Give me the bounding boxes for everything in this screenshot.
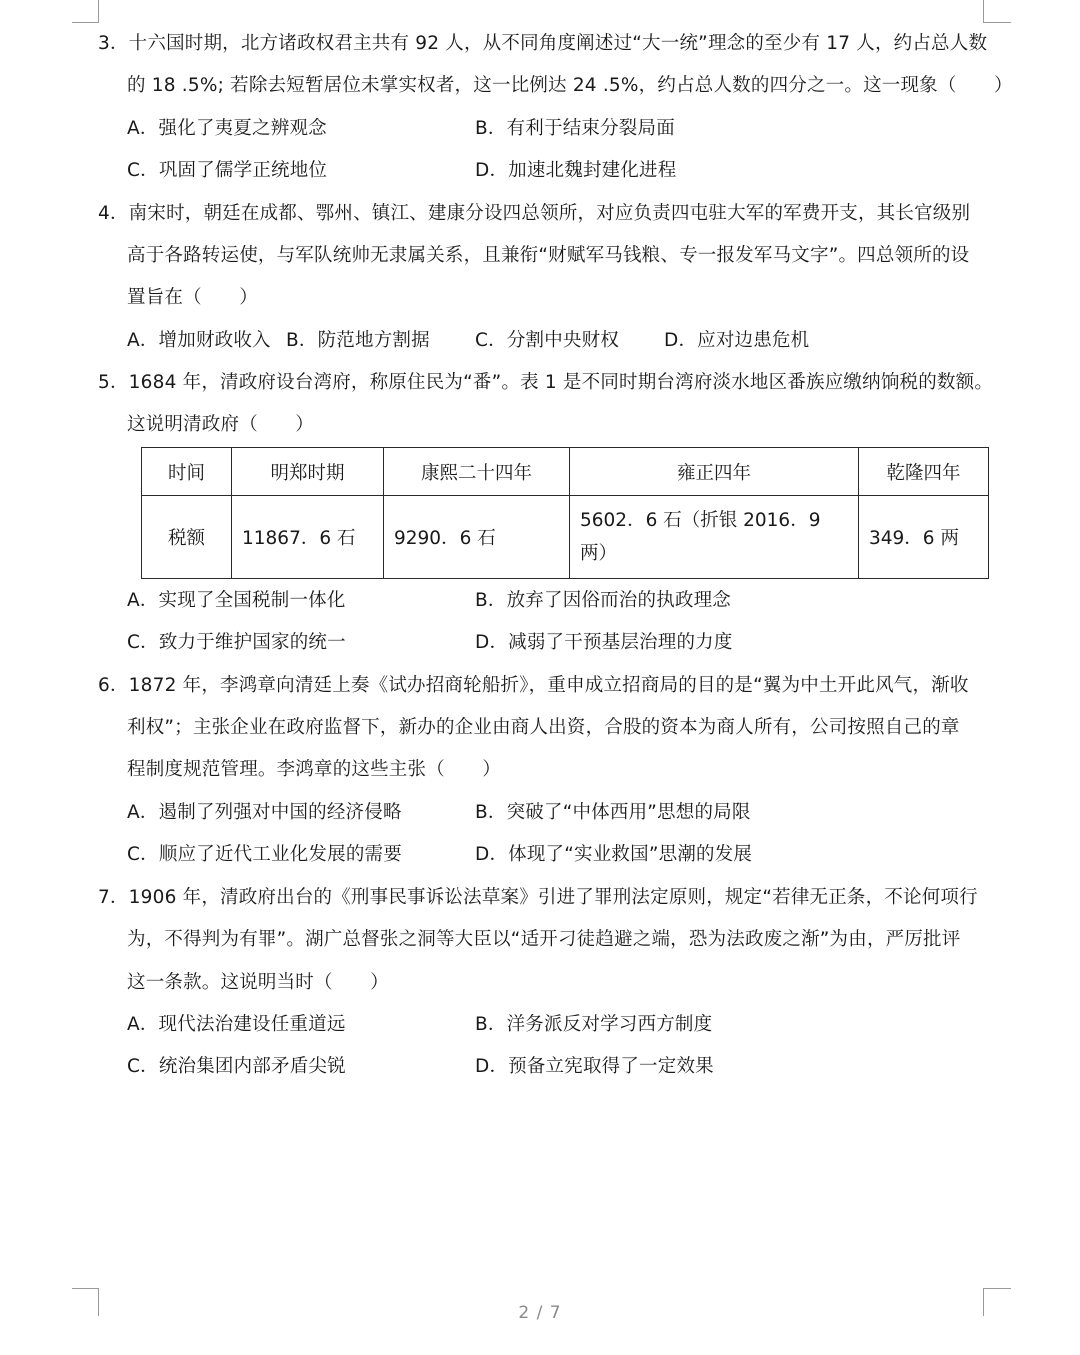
question-6-option-c: C．顺应了近代工业化发展的需要	[127, 843, 402, 867]
question-4-option-c: C．分割中央财权	[475, 329, 619, 353]
question-4-stem-line-1: 4．南宋时，朝廷在成都、鄂州、镇江、建康分设四总领所，对应负责四屯驻大军的军费开…	[98, 202, 970, 226]
question-6-stem-line-3: 程制度规范管理。李鸿章的这些主张（ ）	[127, 758, 501, 782]
tax-table-header-cell: 乾隆四年	[859, 448, 989, 496]
question-7-stem-line-2: 为，不得判为有罪”。湖广总督张之洞等大臣以“适开刁徒趋避之端，恐为法政废之渐”为…	[127, 928, 960, 952]
tax-table-header-row: 时间 明郑时期 康熙二十四年 雍正四年 乾隆四年	[142, 448, 989, 496]
question-6-stem-line-2: 利权”；主张企业在政府监督下，新办的企业由商人出资，合股的资本为商人所有，公司按…	[127, 716, 960, 740]
question-7-option-d: D．预备立宪取得了一定效果	[475, 1055, 714, 1079]
question-4-stem-line-2: 高于各路转运使，与军队统帅无隶属关系，且兼衔“财赋军马钱粮、专一报发军马文字”。…	[127, 244, 969, 268]
tax-table: 时间 明郑时期 康熙二十四年 雍正四年 乾隆四年 税额 11867．6 石 92…	[141, 447, 989, 579]
tax-table-cell: 11867．6 石	[232, 496, 384, 579]
question-7-option-a: A．现代法治建设任重道远	[127, 1013, 346, 1037]
question-6-stem-line-1: 6．1872 年，李鸿章向清廷上奏《试办招商轮船折》，重申成立招商局的目的是“翼…	[98, 674, 969, 698]
question-5-option-a: A．实现了全国税制一体化	[127, 589, 346, 613]
tax-table-header-cell: 雍正四年	[570, 448, 859, 496]
question-6-option-a: A．遏制了列强对中国的经济侵略	[127, 801, 402, 825]
question-3-stem-line-1: 3．十六国时期，北方诸政权君主共有 92 人，从不同角度阐述过“大一统”理念的至…	[98, 32, 987, 56]
question-6-option-d: D．体现了“实业救国”思潮的发展	[475, 843, 752, 867]
question-5-stem-line-1: 5．1684 年，清政府设台湾府，称原住民为“番”。表 1 是不同时期台湾府淡水…	[98, 371, 993, 395]
question-3-option-b: B．有利于结束分裂局面	[475, 117, 675, 141]
tax-table-cell: 5602．6 石（折银 2016．9 两）	[570, 496, 859, 579]
question-3-option-c: C．巩固了儒学正统地位	[127, 159, 327, 183]
tax-table-header-cell: 时间	[142, 448, 232, 496]
question-7-stem-line-3: 这一条款。这说明当时（ ）	[127, 971, 389, 995]
question-6-option-b: B．突破了“中体西用”思想的局限	[475, 801, 751, 825]
question-4-option-b: B．防范地方割据	[286, 329, 430, 353]
question-5-option-c: C．致力于维护国家的统一	[127, 631, 346, 655]
tax-table-cell: 税额	[142, 496, 232, 579]
tax-table-cell: 349．6 两	[859, 496, 989, 579]
question-3-stem-line-2: 的 18 .5%; 若除去短暂居位未掌实权者，这一比例达 24 .5%，约占总人…	[127, 74, 1013, 98]
question-5-stem-line-2: 这说明清政府（ ）	[127, 413, 314, 437]
question-4-option-a: A．增加财政收入	[127, 329, 271, 353]
tax-table-row: 税额 11867．6 石 9290．6 石 5602．6 石（折银 2016．9…	[142, 496, 989, 579]
question-3-option-d: D．加速北魏封建化进程	[475, 159, 676, 183]
question-5-option-b: B．放弃了因俗而治的执政理念	[475, 589, 731, 613]
tax-table-header-cell: 明郑时期	[232, 448, 384, 496]
question-7-stem-line-1: 7．1906 年，清政府出台的《刑事民事诉讼法草案》引进了罪刑法定原则，规定“若…	[98, 886, 978, 910]
question-3-option-a: A．强化了夷夏之辨观念	[127, 117, 327, 141]
tax-table-header-cell: 康熙二十四年	[384, 448, 570, 496]
tax-table-cell: 9290．6 石	[384, 496, 570, 579]
page-corner-mark-top-left	[72, 0, 99, 23]
question-7-option-b: B．洋务派反对学习西方制度	[475, 1013, 712, 1037]
question-7-option-c: C．统治集团内部矛盾尖锐	[127, 1055, 346, 1079]
page-indicator: 2 / 7	[0, 1303, 1080, 1323]
question-5-option-d: D．减弱了干预基层治理的力度	[475, 631, 733, 655]
question-4-stem-line-3: 置旨在（ ）	[127, 286, 258, 310]
page-corner-mark-top-right	[983, 0, 1011, 23]
question-4-option-d: D．应对边患危机	[664, 329, 809, 353]
